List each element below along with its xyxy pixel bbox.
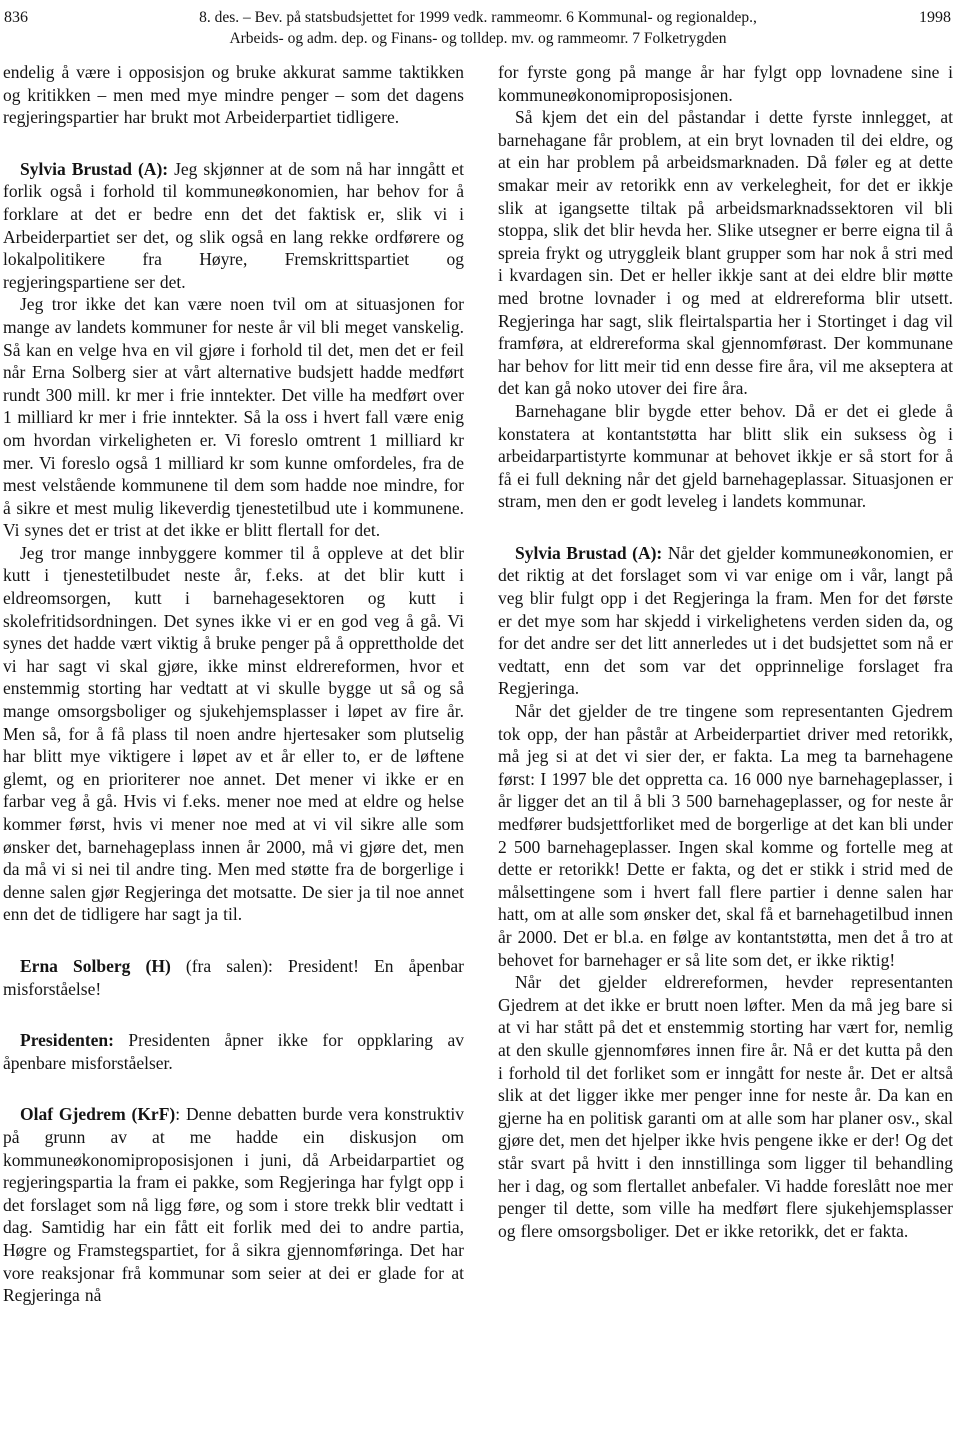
speech-text: endelig å være i opposisjon og bruke akk… (3, 62, 464, 127)
speech-paragraph: Erna Solberg (H) (fra salen): President!… (3, 955, 464, 1000)
column-gap (464, 61, 498, 1307)
document-page: 836 8. des. – Bev. på statsbudsjettet fo… (0, 0, 960, 1432)
speech-paragraph: Når det gjelder eldrereformen, hevder re… (498, 971, 953, 1242)
speech-text: Når det gjelder de tre tingene som repre… (498, 701, 953, 970)
header-title-line1: 8. des. – Bev. på statsbudsjettet for 19… (83, 7, 873, 28)
speech-paragraph: Så kjem det ein del påstandar i dette fy… (498, 106, 953, 400)
speech-paragraph: Når det gjelder de tre tingene som repre… (498, 700, 953, 971)
speaker-name: Sylvia Brustad (A): (20, 159, 174, 179)
speech-text: for fyrste gong på mange år har fylgt op… (498, 62, 953, 105)
speech-text: Når det gjelder kommuneøkonomien, er det… (498, 543, 953, 699)
speech-paragraph: Barnehagane blir bygde etter behov. Då e… (498, 400, 953, 513)
speech-paragraph: Sylvia Brustad (A): Når det gjelder komm… (498, 542, 953, 700)
speech-paragraph: endelig å være i opposisjon og bruke akk… (3, 61, 464, 129)
speech-text: Denne debatten burde vera konstruktiv på… (3, 1104, 464, 1305)
speech-paragraph: Jeg tror mange innbyggere kommer til å o… (3, 542, 464, 926)
speech-paragraph: for fyrste gong på mange år har fylgt op… (498, 61, 953, 106)
speaker-aside: : (175, 1104, 186, 1124)
speech-paragraph: Olaf Gjedrem (KrF): Denne debatten burde… (3, 1103, 464, 1306)
speaker-aside: (fra salen): (171, 956, 288, 976)
speech-text: Jeg tror ikke det kan være noen tvil om … (3, 294, 464, 540)
header-year: 1998 (919, 7, 951, 28)
speech-text: Når det gjelder eldrereformen, hevder re… (498, 972, 953, 1241)
page-header: 836 8. des. – Bev. på statsbudsjettet fo… (3, 6, 953, 54)
speaker-name: Sylvia Brustad (A): (515, 543, 668, 563)
page-content: endelig å være i opposisjon og bruke akk… (3, 61, 953, 1307)
speaker-name: Olaf Gjedrem (KrF) (20, 1104, 175, 1124)
page-number: 836 (4, 7, 28, 28)
speech-text: Så kjem det ein del påstandar i dette fy… (498, 107, 953, 398)
left-column: endelig å være i opposisjon og bruke akk… (3, 61, 464, 1307)
speech-paragraph: Presidenten: Presidenten åpner ikke for … (3, 1029, 464, 1074)
right-column: for fyrste gong på mange år har fylgt op… (498, 61, 953, 1307)
speech-text: Jeg tror mange innbyggere kommer til å o… (3, 543, 464, 925)
speech-paragraph: Jeg tror ikke det kan være noen tvil om … (3, 293, 464, 542)
speaker-name: Presidenten: (20, 1030, 128, 1050)
speech-paragraph: Sylvia Brustad (A): Jeg skjønner at de s… (3, 158, 464, 294)
header-title-line2: Arbeids- og adm. dep. og Finans- og toll… (83, 28, 873, 49)
speaker-name: Erna Solberg (H) (20, 956, 171, 976)
speech-text: Barnehagane blir bygde etter behov. Då e… (498, 401, 953, 511)
header-title: 8. des. – Bev. på statsbudsjettet for 19… (83, 6, 873, 49)
